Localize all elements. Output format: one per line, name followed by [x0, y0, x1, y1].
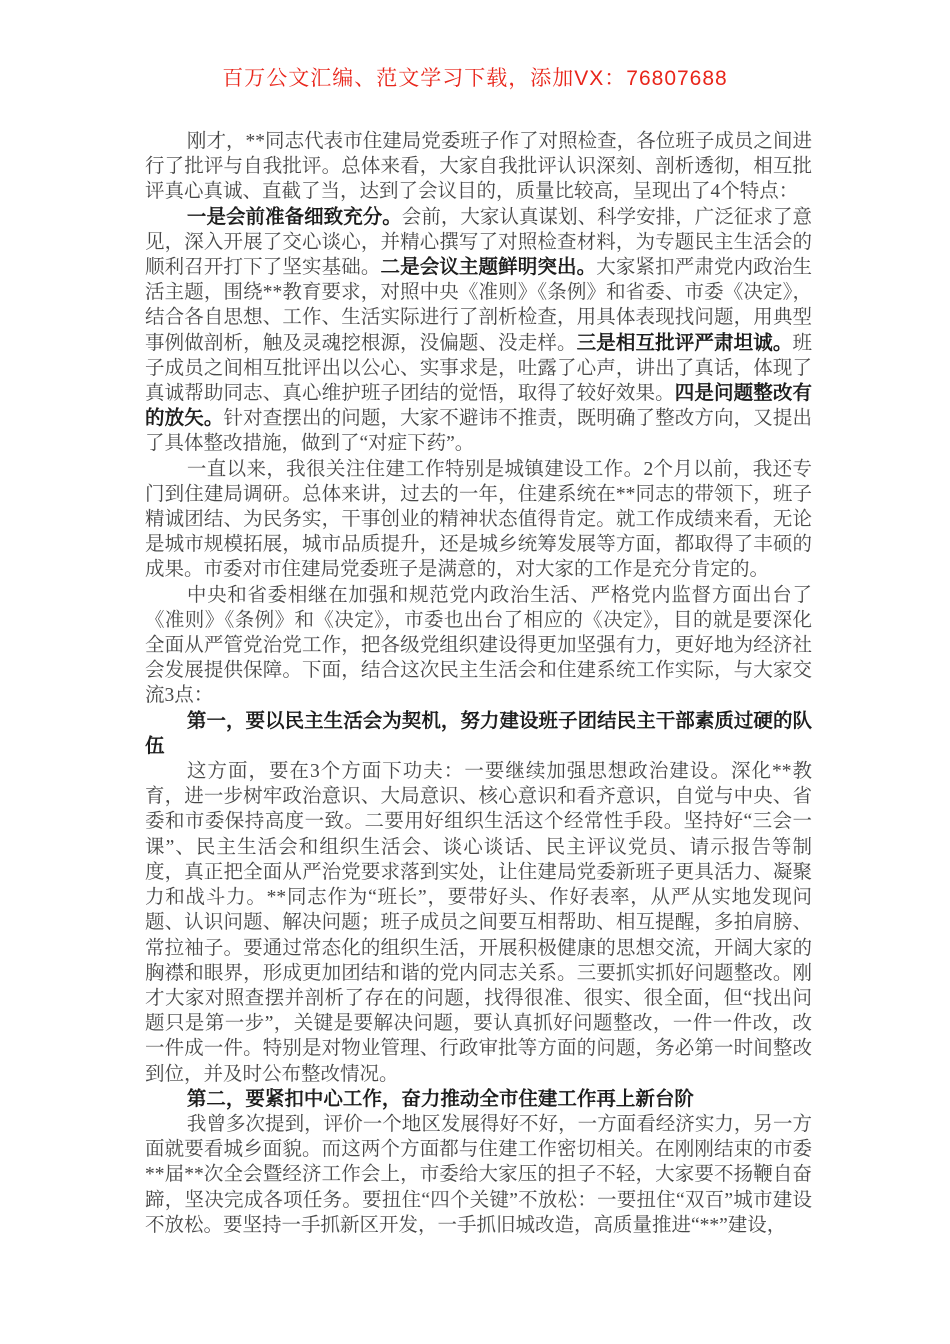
paragraph-5: 第一，要以民主生活会为契机，努力建设班子团结民主干部素质过硬的队伍 [145, 709, 812, 759]
paragraph-4: 中央和省委相继在加强和规范党内政治生活、严格党内监督方面出台了《准则》《条例》和… [145, 583, 812, 709]
bold-run: 三是相互批评严肃坦诚。 [577, 333, 793, 354]
bold-run: 第一，要以民主生活会为契机，努力建设班子团结民主干部素质过硬的队伍 [145, 711, 812, 757]
document-body: 刚才，**同志代表市住建局党委班子作了对照检查，各位班子成员之间进行了批评与自我… [145, 129, 812, 1238]
bold-run: 第二，要紧扣中心工作，奋力推动全市住建工作再上新台阶 [187, 1089, 694, 1110]
paragraph-2: 一是会前准备细致充分。会前，大家认真谋划、科学安排，广泛征求了意见，深入开展了交… [145, 205, 812, 457]
document-page: 百万公文汇编、范文学习下载，添加VX：76807688 刚才，**同志代表市住建… [0, 0, 950, 1344]
text-run: 我曾多次提到，评价一个地区发展得好不好，一方面看经济实力，另一方面就要看城乡面貌… [145, 1114, 812, 1236]
text-run: 一直以来，我很关注住建工作特别是城镇建设工作。2个月以前，我还专门到住建局调研。… [145, 459, 812, 581]
paragraph-3: 一直以来，我很关注住建工作特别是城镇建设工作。2个月以前，我还专门到住建局调研。… [145, 457, 812, 583]
text-run: 刚才，**同志代表市住建局党委班子作了对照检查，各位班子成员之间进行了批评与自我… [145, 131, 812, 202]
text-run: 这方面，要在3个方面下功夫：一要继续加强思想政治建设。深化**教育，进一步树牢政… [145, 761, 812, 1084]
bold-run: 二是会议主题鲜明突出。 [380, 257, 596, 278]
paragraph-7: 第二，要紧扣中心工作，奋力推动全市住建工作再上新台阶 [145, 1087, 812, 1112]
text-run: 中央和省委相继在加强和规范党内政治生活、严格党内监督方面出台了《准则》《条例》和… [145, 585, 812, 707]
bold-run: 一是会前准备细致充分。 [187, 207, 402, 228]
paragraph-8: 我曾多次提到，评价一个地区发展得好不好，一方面看经济实力，另一方面就要看城乡面貌… [145, 1112, 812, 1238]
paragraph-6: 这方面，要在3个方面下功夫：一要继续加强思想政治建设。深化**教育，进一步树牢政… [145, 759, 812, 1087]
promo-notice-banner: 百万公文汇编、范文学习下载，添加VX：76807688 [0, 0, 950, 92]
paragraph-1: 刚才，**同志代表市住建局党委班子作了对照检查，各位班子成员之间进行了批评与自我… [145, 129, 812, 205]
text-run: 针对查摆出的问题，大家不避讳不推责，既明确了整改方向，又提出了具体整改措施，做到… [145, 408, 812, 454]
